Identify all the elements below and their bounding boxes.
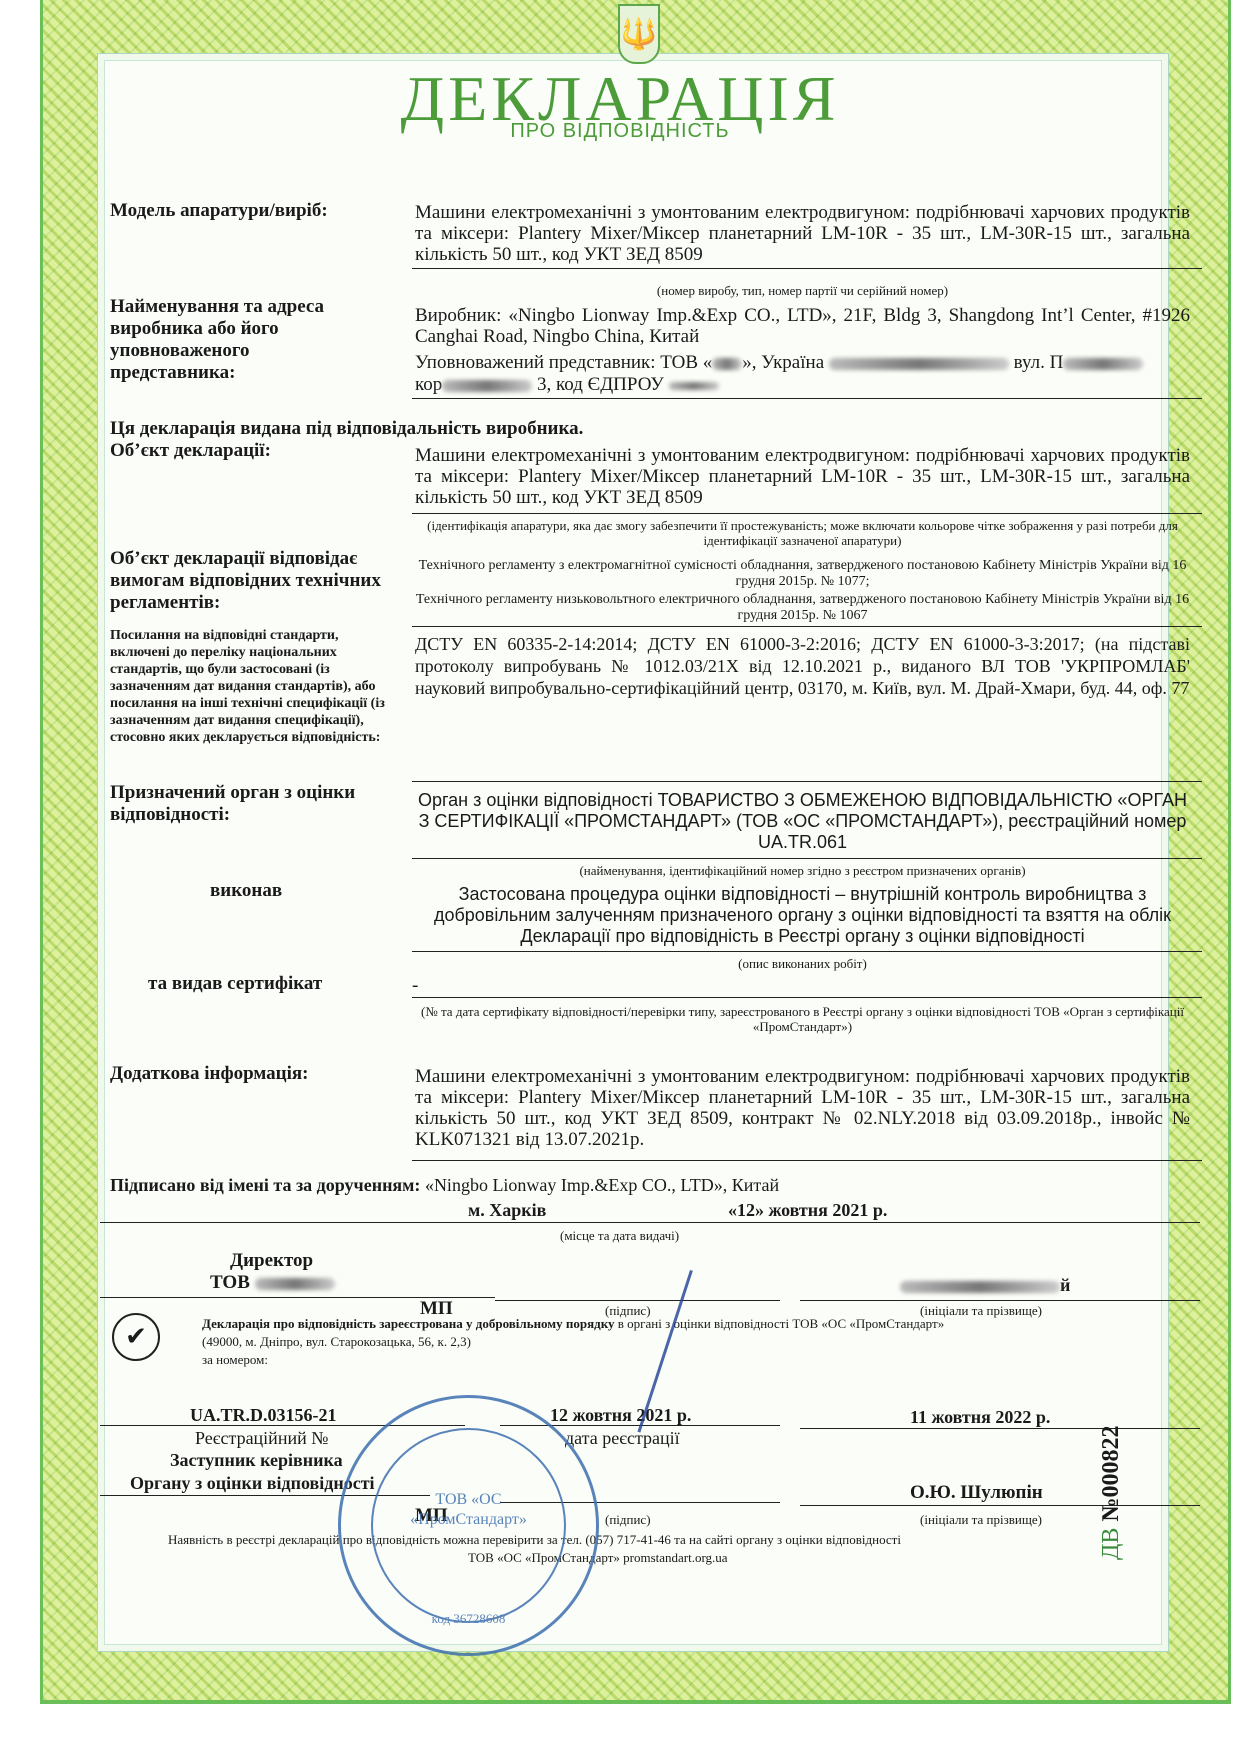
deputy-organ: Органу з оцінки відповідності bbox=[130, 1473, 375, 1494]
redacted-text bbox=[712, 358, 742, 370]
model-label: Модель апаратури/виріб: bbox=[110, 200, 328, 222]
ua-conformity-mark-icon: ✔ bbox=[112, 1313, 160, 1361]
registration-number-caption: Реєстраційний № bbox=[195, 1428, 328, 1449]
additional-label: Додаткова інформація: bbox=[110, 1063, 309, 1085]
representative-line-2: кор 3, код ЄДПРОУ bbox=[415, 374, 1190, 395]
redacted-text bbox=[669, 382, 719, 390]
divider bbox=[100, 1222, 1200, 1223]
divider bbox=[412, 1160, 1202, 1161]
object-label: Об’єкт декларації: bbox=[110, 440, 271, 462]
registration-date-caption: дата реєстрації bbox=[565, 1428, 680, 1449]
redacted-text bbox=[1063, 358, 1143, 370]
signature-line bbox=[800, 1300, 1200, 1301]
valid-until-date: 11 жовтня 2022 р. bbox=[910, 1407, 1050, 1428]
deputy-title: Заступник керівника bbox=[170, 1450, 343, 1471]
issue-caption: (місце та дата видачі) bbox=[560, 1228, 679, 1244]
standards-label: Посилання на відповідні стандарти, включ… bbox=[110, 627, 395, 746]
redacted-text bbox=[255, 1278, 335, 1290]
body-caption: (найменування, ідентифікаційний номер зг… bbox=[415, 863, 1190, 878]
redacted-text bbox=[442, 380, 532, 392]
certificate-caption: (№ та дата сертифікату відповідності/пер… bbox=[415, 1004, 1190, 1034]
regulation-item: Технічного регламенту низьковольтного ел… bbox=[415, 592, 1190, 624]
signature-caption: (підпис) bbox=[605, 1512, 651, 1528]
signer-name: О.Ю. Шулюпін bbox=[910, 1482, 1043, 1504]
issue-date: «12» жовтня 2021 р. bbox=[728, 1200, 887, 1221]
performed-label: виконав bbox=[210, 880, 282, 902]
serial-number: ДВ №000822 bbox=[1098, 1425, 1125, 1560]
redacted-text bbox=[829, 358, 1009, 370]
registration-text: Декларація про відповідність зареєстрова… bbox=[202, 1316, 1192, 1332]
divider bbox=[412, 858, 1202, 859]
director-company: ТОВ bbox=[210, 1272, 335, 1294]
certificate-label: та видав сертифікат bbox=[148, 973, 322, 995]
registration-date: 12 жовтня 2021 р. bbox=[550, 1405, 691, 1426]
performed-value: Застосована процедура оцінки відповіднос… bbox=[415, 884, 1190, 947]
divider bbox=[412, 781, 1202, 782]
director-name: й bbox=[900, 1275, 1070, 1296]
divider bbox=[412, 626, 1202, 627]
representative-line: Уповноважений представник: ТОВ «», Украї… bbox=[415, 352, 1190, 373]
signed-line: Підписано від імені та за дорученням: «N… bbox=[110, 1175, 779, 1196]
model-caption: (номер виробу, тип, номер партії чи сері… bbox=[415, 283, 1190, 298]
object-value: Машини електромеханічні з умонтованим ел… bbox=[415, 445, 1190, 508]
regulation-item: Технічного регламенту з електромагнітної… bbox=[415, 558, 1190, 590]
trident-icon: 🔱 bbox=[618, 4, 660, 64]
standards-value: ДСТУ EN 60335-2-14:2014; ДСТУ EN 61000-3… bbox=[415, 633, 1190, 699]
official-stamp: ТОВ «ОС «ПромСтандарт» код 36728608 bbox=[338, 1395, 599, 1656]
body-value: Орган з оцінки відповідності ТОВАРИСТВО … bbox=[415, 790, 1190, 853]
issue-city: м. Харків bbox=[468, 1200, 546, 1221]
divider bbox=[412, 951, 1202, 952]
registration-number: UA.TR.D.03156-21 bbox=[190, 1405, 337, 1426]
divider bbox=[412, 513, 1202, 514]
regulations-label: Об’єкт декларації відповідає вимогам від… bbox=[110, 548, 400, 614]
manufacturer-line: Виробник: «Ningbo Lionway Imp.&Exp CO., … bbox=[415, 305, 1190, 347]
manufacturer-label: Найменування та адреса виробника або йог… bbox=[110, 296, 340, 384]
additional-value: Машини електромеханічні з умонтованим ел… bbox=[415, 1066, 1190, 1150]
divider bbox=[412, 398, 1202, 399]
divider bbox=[412, 997, 1202, 998]
object-caption: (ідентифікація апаратури, яка дає змогу … bbox=[415, 518, 1190, 548]
declaration-document: 🔱 ДЕКЛАРАЦІЯ ПРО ВІДПОВІДНІСТЬ Модель ап… bbox=[0, 0, 1240, 1753]
registration-by-number: за номером: bbox=[202, 1352, 268, 1368]
divider bbox=[800, 1428, 1200, 1429]
signature-line bbox=[800, 1505, 1200, 1506]
signer-caption: (ініціали та прізвище) bbox=[920, 1512, 1042, 1528]
document-subtitle: ПРО ВІДПОВІДНІСТЬ bbox=[0, 120, 1240, 143]
model-value: Машини електромеханічні з умонтованим ел… bbox=[415, 202, 1190, 265]
redacted-text bbox=[900, 1281, 1060, 1293]
signature-line bbox=[495, 1300, 780, 1301]
certificate-value: - bbox=[412, 975, 418, 997]
body-label: Призначений орган з оцінки відповідності… bbox=[110, 782, 400, 826]
registration-address: (49000, м. Дніпро, вул. Старокозацька, 5… bbox=[202, 1334, 471, 1350]
responsibility-statement: Ця декларація видана під відповідальніст… bbox=[110, 418, 583, 440]
director-title: Директор bbox=[230, 1250, 313, 1272]
performed-caption: (опис виконаних робіт) bbox=[415, 956, 1190, 971]
divider bbox=[412, 268, 1202, 269]
